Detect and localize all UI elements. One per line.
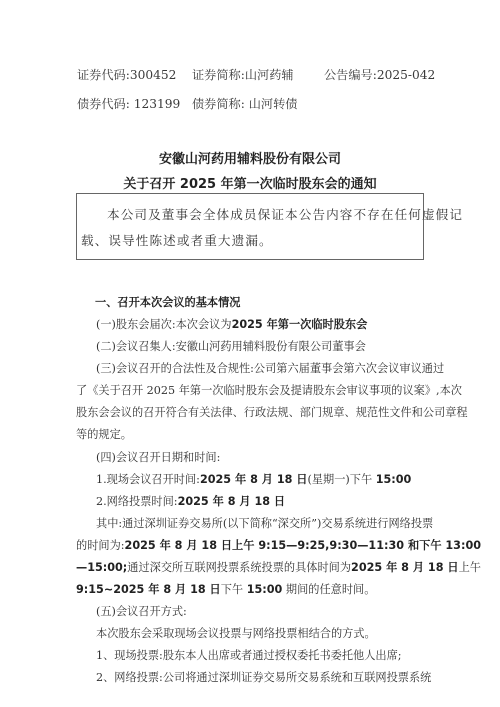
item-4-heading: (四)会议召开日期和时间: [96, 451, 220, 465]
statement-box: 本公司及董事会全体成员保证本公告内容不存在任何虚假记 载、误导性陈述或者重大遗漏… [76, 193, 424, 260]
item-1-label: (一)股东会届次:本次会议为 [96, 318, 232, 331]
method-onsite: 1、现场投票:股东本人出席或者通过授权委托书委托他人出席; [96, 649, 402, 663]
item-3-line-2: 了《关于召开 2025 年第一次临时股东会及提请股东会审议事项的议案》,本次 [76, 384, 462, 398]
detail-line-1: 其中:通过深圳证券交易所(以下简称“深交所”)交易系统进行网络投票 [96, 517, 433, 531]
detail-line-4: 9:15~2025 年 8 月 18 日下午 15:00 期间的任意时间。 [76, 583, 375, 597]
item-5-heading: (五)会议召开方式: [96, 605, 187, 619]
detail-line-2: 的时间为:2025 年 8 月 18 日上午 9:15—9:25,9:30—11… [76, 539, 481, 553]
item-1-value: 2025 年第一次临时股东会 [232, 318, 368, 331]
item-3-line-4: 等的规定。 [76, 428, 132, 442]
statement-line-2: 载、误导性陈述或者重大遗漏。 [81, 230, 273, 249]
statement-line-1: 本公司及董事会全体成员保证本公告内容不存在任何虚假记 [107, 204, 463, 223]
method-online: 2、网络投票:公司将通过深圳证券交易所交易系统和互联网投票系统 [96, 671, 431, 685]
item-2: (二)会议召集人:安徽山河药用辅料股份有限公司董事会 [96, 340, 366, 354]
stock-code: 证券代码:300452 [77, 66, 176, 83]
online-voting-time: 2.网络投票时间:2025 年 8 月 18 日 [96, 495, 285, 509]
onsite-meeting-time: 1.现场会议召开时间:2025 年 8 月 18 日(星期一)下午 15:00 [96, 473, 411, 487]
bond-name: 债券简称: 山河转债 [192, 95, 297, 112]
company-name-title: 安徽山河药用辅料股份有限公司 [0, 148, 500, 167]
detail-line-3: —15:00;通过深交所互联网投票系统投票的具体时间为2025 年 8 月 18… [76, 561, 481, 575]
notice-title: 关于召开 2025 年第一次临时股东会的通知 [0, 173, 500, 192]
section-1-heading: 一、召开本次会议的基本情况 [95, 296, 240, 310]
stock-name: 证券简称:山河药辅 [192, 66, 294, 83]
item-1: (一)股东会届次:本次会议为2025 年第一次临时股东会 [96, 318, 367, 332]
bond-code: 债券代码: 123199 [77, 95, 180, 112]
announcement-number: 公告编号:2025-042 [324, 66, 435, 83]
item-3-line-1: (三)会议召开的合法性及合规性:公司第六届董事会第六次会议审议通过 [96, 362, 444, 376]
method-line: 本次股东会采取现场会议投票与网络投票相结合的方式。 [96, 627, 376, 641]
item-3-line-3: 股东会会议的召开符合有关法律、行政法规、部门规章、规范性文件和公司章程 [76, 406, 468, 420]
